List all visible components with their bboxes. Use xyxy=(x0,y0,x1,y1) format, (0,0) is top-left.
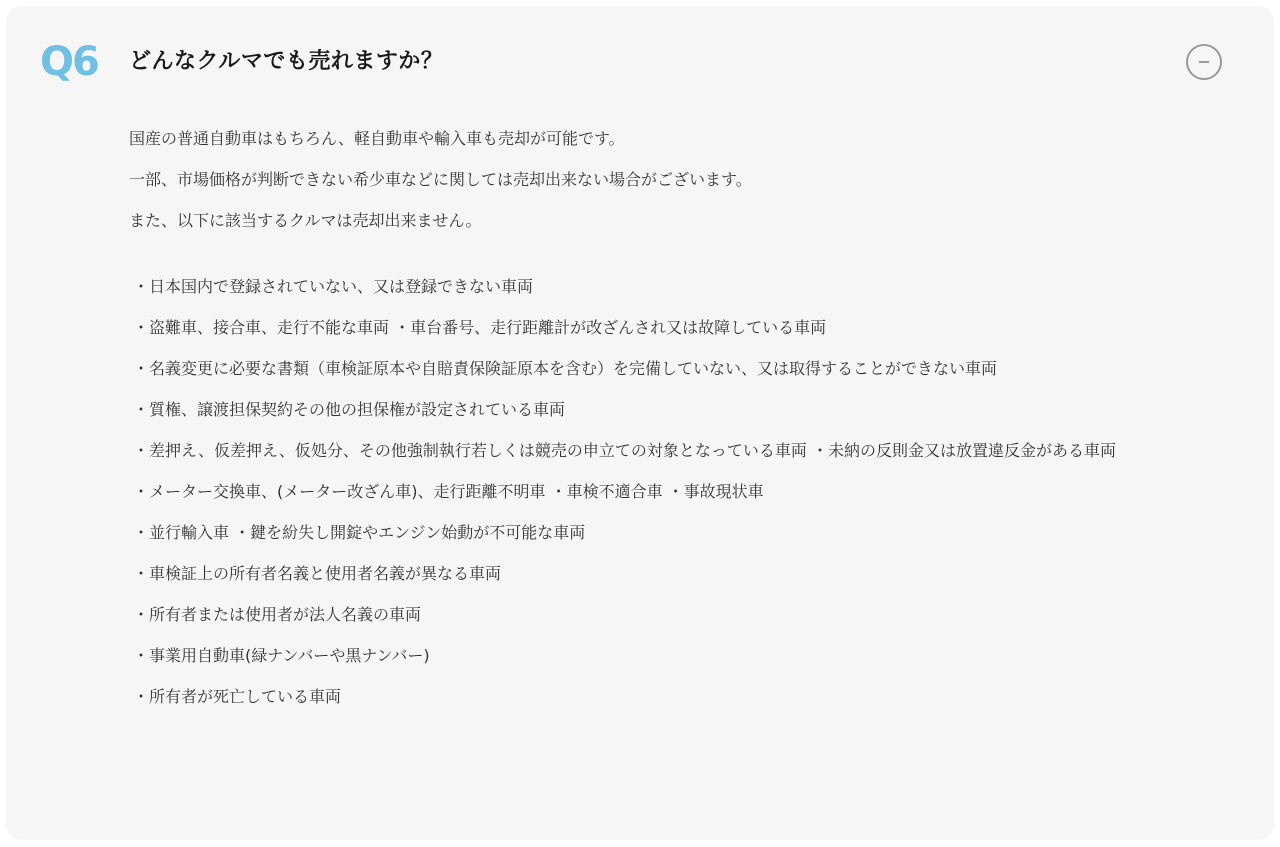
spacer xyxy=(129,241,1159,266)
bullet: ・ xyxy=(133,594,149,635)
list-item-text: 名義変更に必要な書類（車検証原本や自賠責保険証原本を含む）を完備していない、又は… xyxy=(149,359,997,378)
collapse-toggle-button[interactable] xyxy=(1186,44,1222,80)
list-item: ・差押え、仮差押え、仮処分、その他強制執行若しくは競売の申立ての対象となっている… xyxy=(129,430,1159,471)
list-item-text: 盗難車、接合車、走行不能な車両 ・車台番号、走行距離計が改ざんされ又は故障してい… xyxy=(149,318,826,337)
faq-answer: 国産の普通自動車はもちろん、軽自動車や輸入車も売却が可能です。 一部、市場価格が… xyxy=(129,118,1159,717)
answer-paragraph: 一部、市場価格が判断できない希少車などに関しては売却出来ない場合がございます。 xyxy=(129,159,1159,200)
bullet: ・ xyxy=(133,512,149,553)
list-item-text: 所有者または使用者が法人名義の車両 xyxy=(149,605,421,624)
question-text: どんなクルマでも売れますか？ xyxy=(129,44,443,80)
list-item: ・日本国内で登録されていない、又は登録できない車両 xyxy=(129,266,1159,307)
list-item: ・所有者が死亡している車両 xyxy=(129,676,1159,717)
list-item: ・質権、譲渡担保契約その他の担保権が設定されている車両 xyxy=(129,389,1159,430)
list-item-text: 車検証上の所有者名義と使用者名義が異なる車両 xyxy=(149,564,501,583)
bullet: ・ xyxy=(133,307,149,348)
bullet: ・ xyxy=(133,676,149,717)
list-item: ・並行輸入車 ・鍵を紛失し開錠やエンジン始動が不可能な車両 xyxy=(129,512,1159,553)
list-item-text: 日本国内で登録されていない、又は登録できない車両 xyxy=(149,277,533,296)
list-item-text: 事業用自動車(緑ナンバーや黒ナンバー) xyxy=(149,646,430,665)
bullet: ・ xyxy=(133,266,149,307)
bullet: ・ xyxy=(133,430,149,471)
list-item: ・事業用自動車(緑ナンバーや黒ナンバー) xyxy=(129,635,1159,676)
question-number-label: Q6 xyxy=(40,36,98,88)
list-item: ・所有者または使用者が法人名義の車両 xyxy=(129,594,1159,635)
faq-item-q6: Q6 どんなクルマでも売れますか？ 国産の普通自動車はもちろん、軽自動車や輸入車… xyxy=(6,6,1274,840)
answer-paragraph: また、以下に該当するクルマは売却出来ません。 xyxy=(129,200,1159,241)
faq-question-header[interactable]: Q6 どんなクルマでも売れますか？ xyxy=(6,6,1274,116)
list-item-text: 差押え、仮差押え、仮処分、その他強制執行若しくは競売の申立ての対象となっている車… xyxy=(149,441,1116,460)
list-item: ・名義変更に必要な書類（車検証原本や自賠責保険証原本を含む）を完備していない、又… xyxy=(129,348,1159,389)
bullet: ・ xyxy=(133,553,149,594)
bullet: ・ xyxy=(133,635,149,676)
list-item: ・メーター交換車、(メーター改ざん車)、走行距離不明車 ・車検不適合車 ・事故現… xyxy=(129,471,1159,512)
list-item: ・盗難車、接合車、走行不能な車両 ・車台番号、走行距離計が改ざんされ又は故障して… xyxy=(129,307,1159,348)
bullet: ・ xyxy=(133,471,149,512)
bullet: ・ xyxy=(133,389,149,430)
bullet: ・ xyxy=(133,348,149,389)
minus-icon xyxy=(1199,61,1209,63)
list-item-text: 所有者が死亡している車両 xyxy=(149,687,341,706)
answer-paragraph: 国産の普通自動車はもちろん、軽自動車や輸入車も売却が可能です。 xyxy=(129,118,1159,159)
list-item-text: 質権、譲渡担保契約その他の担保権が設定されている車両 xyxy=(149,400,565,419)
list-item-text: メーター交換車、(メーター改ざん車)、走行距離不明車 ・車検不適合車 ・事故現状… xyxy=(149,482,764,501)
list-item: ・車検証上の所有者名義と使用者名義が異なる車両 xyxy=(129,553,1159,594)
excluded-vehicles-list: ・日本国内で登録されていない、又は登録できない車両 ・盗難車、接合車、走行不能な… xyxy=(129,266,1159,717)
list-item-text: 並行輸入車 ・鍵を紛失し開錠やエンジン始動が不可能な車両 xyxy=(149,523,585,542)
